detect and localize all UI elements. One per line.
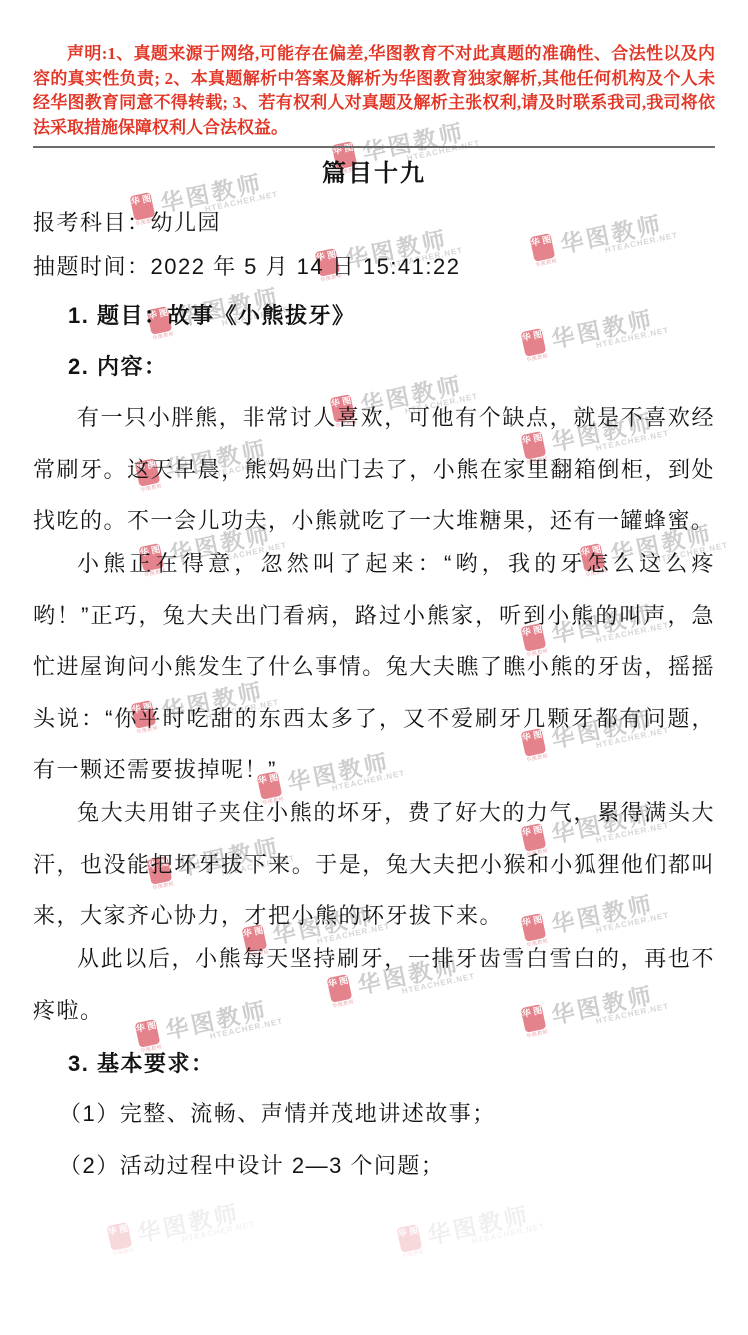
subject-value: 幼儿园	[151, 210, 222, 235]
document-page: 华 图华图教师华图教师HTEACHER.NET华 图华图教师华图教师HTEACH…	[0, 0, 748, 1335]
story-paragraph: 兔大夫用钳子夹住小熊的坏牙，费了好大的力气，累得满头大汗，也没能把坏牙拔下来。于…	[33, 787, 715, 942]
disclaimer-text: 声明:1、真题来源于网络,可能存在偏差,华图教育不对此真题的准确性、合法性以及内…	[33, 42, 715, 140]
time-label: 抽题时间：	[33, 254, 151, 279]
section-heading-requirements: 3. 基本要求：	[33, 1040, 715, 1088]
story-paragraph: 从此以后，小熊每天坚持刷牙，一排牙齿雪白雪白的，再也不疼啦。	[33, 933, 715, 1036]
time-value: 2022 年 5 月 14 日 15:41:22	[151, 254, 461, 279]
section-heading-content: 2. 内容：	[33, 343, 715, 391]
document-content: 声明:1、真题来源于网络,可能存在偏差,华图教育不对此真题的准确性、合法性以及内…	[0, 0, 748, 1335]
story-paragraph: 小熊正在得意，忽然叫了起来：“哟，我的牙怎么这么疼哟！”正巧，兔大夫出门看病，路…	[33, 538, 715, 796]
subject-label: 报考科目：	[33, 210, 151, 235]
time-row: 抽题时间：2022 年 5 月 14 日 15:41:22	[33, 245, 715, 289]
story-paragraph: 有一只小胖熊，非常讨人喜欢，可他有个缺点，就是不喜欢经常刷牙。这天早晨，熊妈妈出…	[33, 392, 715, 547]
meta-block: 报考科目：幼儿园 抽题时间：2022 年 5 月 14 日 15:41:22	[33, 201, 715, 289]
section-heading-topic: 1. 题目：故事《小熊拔牙》	[33, 292, 715, 340]
story: 有一只小胖熊，非常讨人喜欢，可他有个缺点，就是不喜欢经常刷牙。这天早晨，熊妈妈出…	[33, 392, 715, 1036]
requirement-item: （1）完整、流畅、声情并茂地讲述故事；	[33, 1088, 715, 1140]
page-title: 篇目十九	[33, 156, 715, 192]
divider-line	[33, 146, 715, 148]
disclaimer-body: 1、真题来源于网络,可能存在偏差,华图教育不对此真题的准确性、合法性以及内容的真…	[33, 44, 715, 137]
disclaimer-label: 声明:	[67, 44, 107, 63]
requirement-item: （2）活动过程中设计 2—3 个问题；	[33, 1140, 715, 1192]
subject-row: 报考科目：幼儿园	[33, 201, 715, 245]
requirements-list: （1）完整、流畅、声情并茂地讲述故事；（2）活动过程中设计 2—3 个问题；	[33, 1088, 715, 1191]
